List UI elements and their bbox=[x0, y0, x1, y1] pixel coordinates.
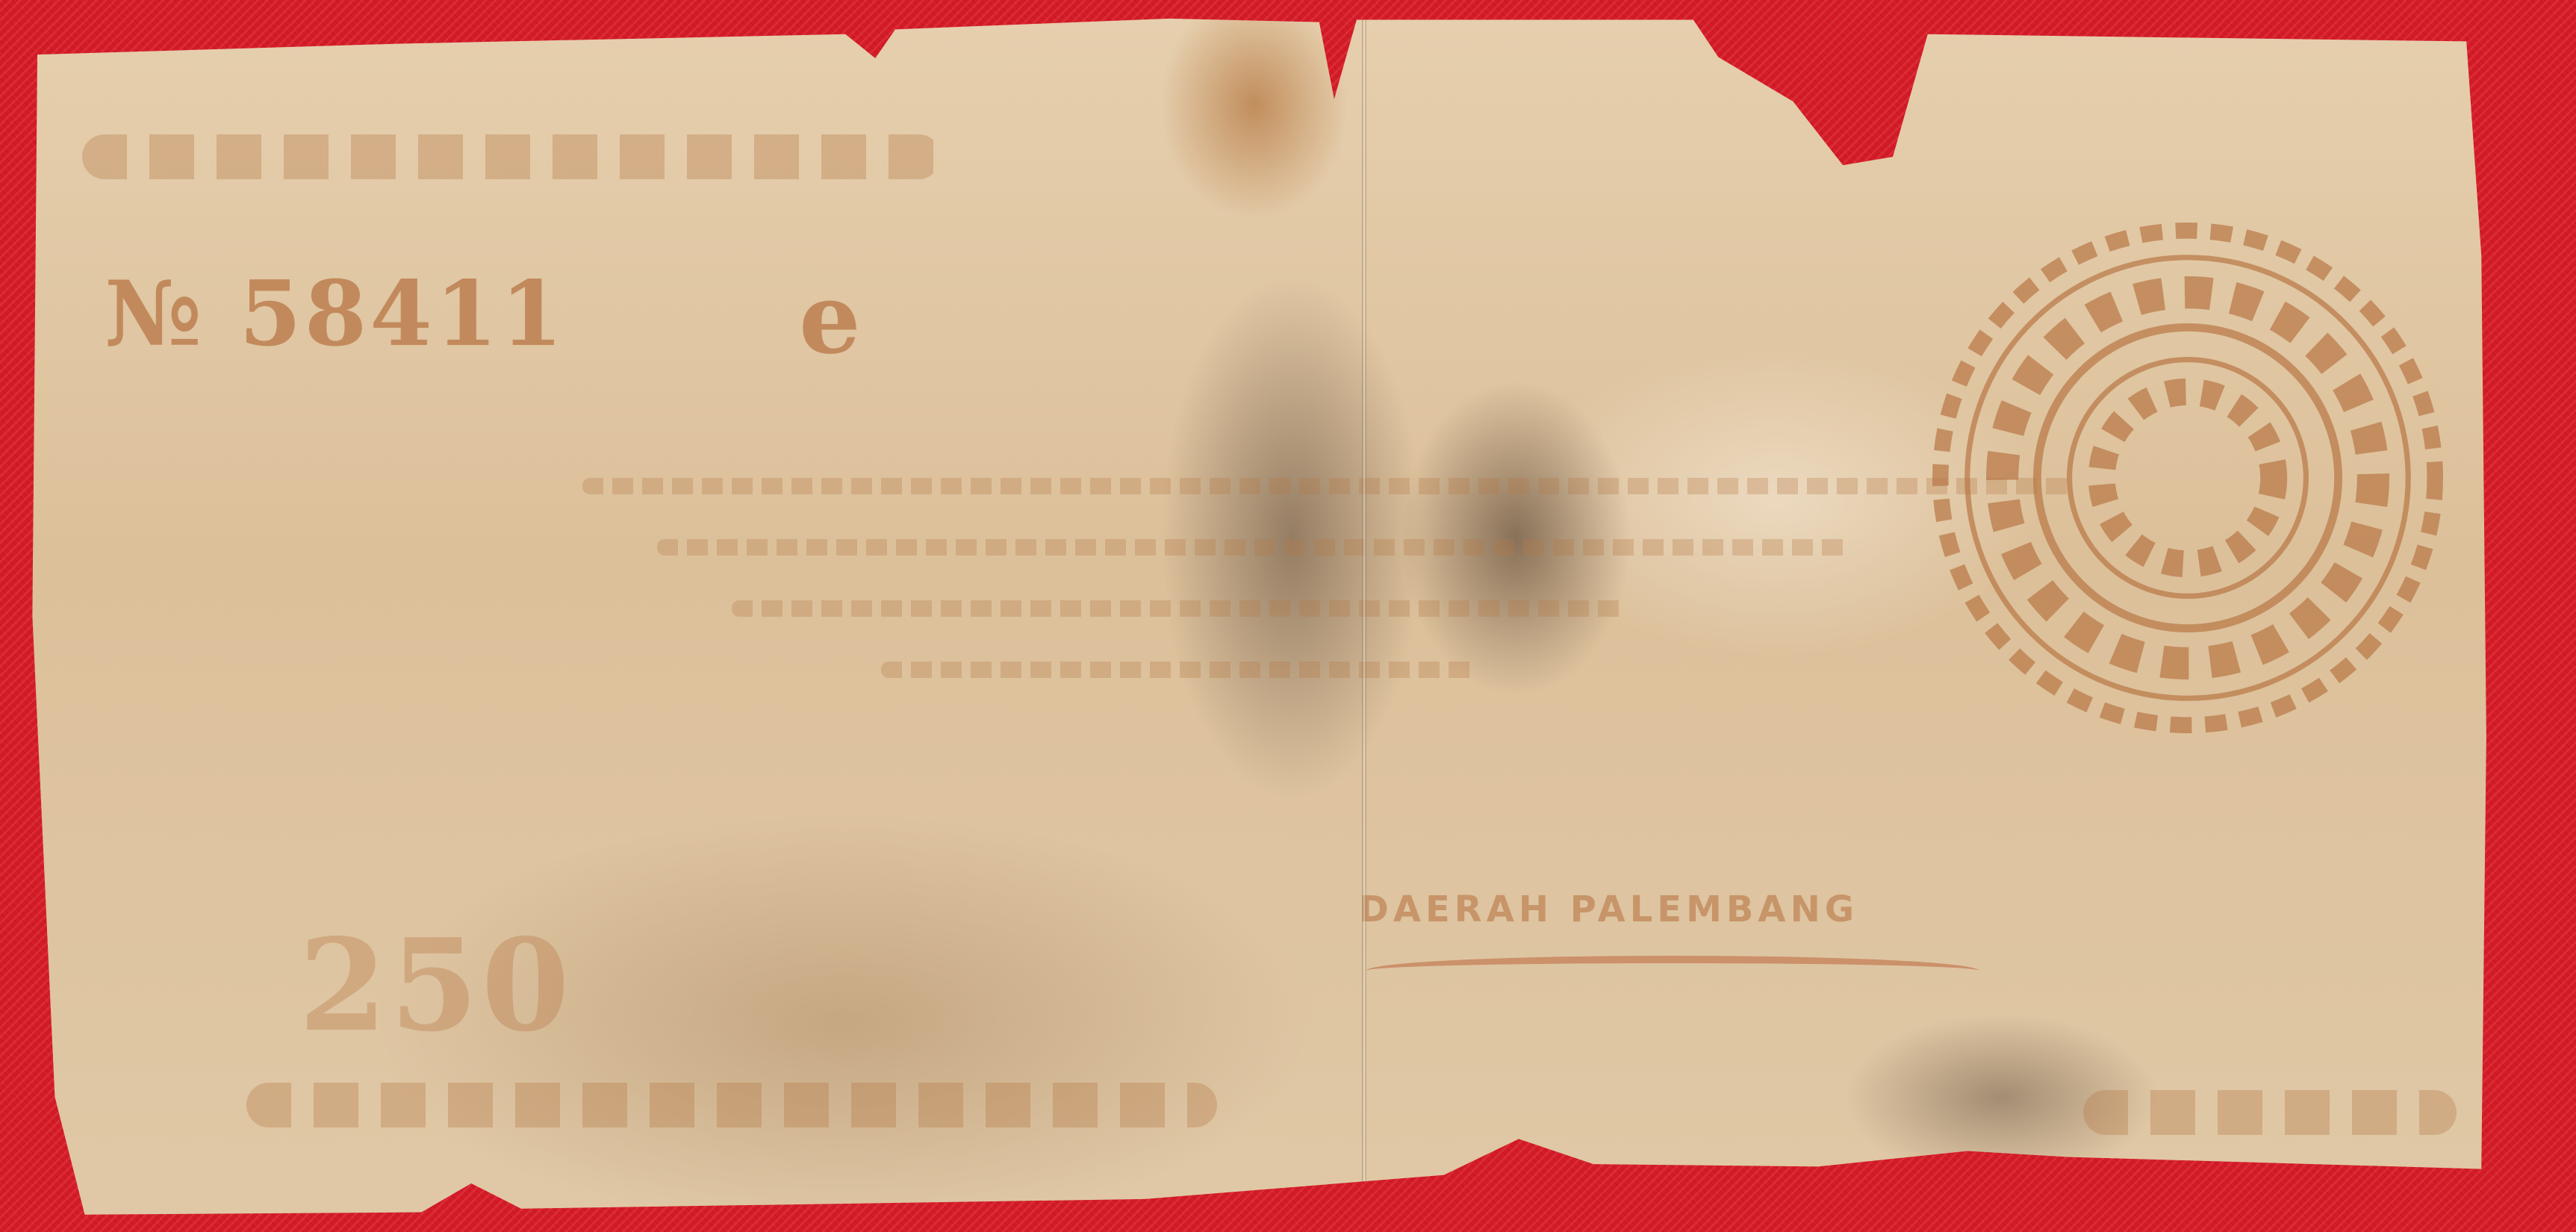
ornamental-border-bottom-left bbox=[246, 1083, 1217, 1127]
faded-text-line bbox=[582, 478, 2076, 494]
seal-stamp-icon bbox=[1919, 209, 2457, 747]
denomination: 250 bbox=[299, 911, 573, 1060]
region-text: DAERAH PALEMBANG bbox=[1359, 889, 1858, 930]
ornamental-border-top bbox=[82, 134, 941, 179]
faded-text-line bbox=[881, 662, 1478, 678]
fold-crease bbox=[1362, 15, 1366, 1217]
banknote: № 58411 e 250 DAERAH PALEMBANG bbox=[22, 15, 2516, 1217]
faded-text-line bbox=[657, 539, 1852, 556]
stain-line bbox=[1366, 956, 1979, 986]
ornamental-border-bottom-right bbox=[2083, 1090, 2457, 1135]
banknote-paper: № 58411 e 250 DAERAH PALEMBANG bbox=[22, 15, 2516, 1217]
faded-text-block bbox=[582, 478, 2076, 723]
serial-number: № 58411 bbox=[105, 261, 566, 367]
series-mark: e bbox=[799, 261, 864, 376]
faded-text-line bbox=[732, 600, 1628, 617]
